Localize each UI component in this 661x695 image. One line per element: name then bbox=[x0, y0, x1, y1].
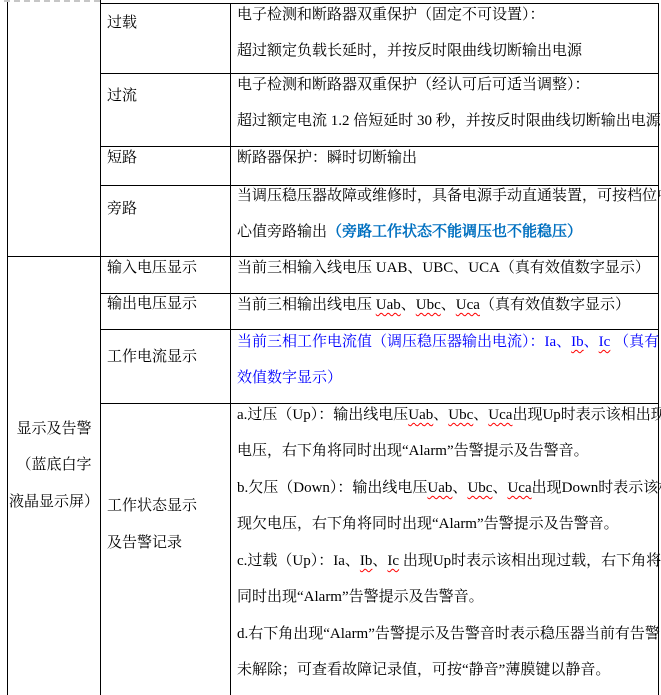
status-item-d-line2: 未解除；可查看故障记录值，可按“静音”薄膜键以静音。 bbox=[237, 662, 610, 679]
row-divider-overcurrent-short bbox=[100, 146, 659, 147]
status-item-b-line1: b.欠压（Down）：输出线电压Uab、Ubc、Uca出现Down时表示该相出 bbox=[237, 480, 661, 497]
document-page: 显示及告警 （蓝底白字 液晶显示屏） 过载 过流 短路 旁路 输入电压显示 输出… bbox=[0, 0, 661, 695]
table-border-left bbox=[7, 2, 8, 695]
row-divider-vin-vout bbox=[100, 293, 659, 294]
col1-display-alarm-label: （蓝底白字 bbox=[8, 457, 100, 474]
row-label-output-voltage: 输出电压显示 bbox=[107, 296, 197, 313]
short-circuit-desc: 断路器保护：瞬时切断输出 bbox=[237, 150, 417, 167]
table-top-dashed-gridline bbox=[4, 0, 100, 2]
row-label-bypass: 旁路 bbox=[107, 201, 137, 218]
col1-display-alarm-label: 液晶显示屏） bbox=[8, 494, 100, 511]
row-label-working-current: 工作电流显示 bbox=[107, 349, 197, 366]
col1-display-alarm-label: 显示及告警 bbox=[8, 421, 100, 438]
row-divider-bypass-vin bbox=[7, 256, 659, 257]
row-label-overcurrent: 过流 bbox=[107, 88, 137, 105]
bypass-desc-line1: 当调压稳压器故障或维修时，具备电源手动直通装置，可按档位中 bbox=[237, 188, 661, 205]
output-voltage-desc: 当前三相输出线电压 Uab、Ubc、Uca（真有效值数字显示） bbox=[237, 297, 630, 314]
overload-desc-line2: 超过额定负载长延时，并按反时限曲线切断输出电源 bbox=[237, 43, 582, 60]
overcurrent-desc-line2: 超过额定电流 1.2 倍短延时 30 秒，并按反时限曲线切断输出电源 bbox=[237, 113, 661, 130]
status-item-b-line2: 现欠电压，右下角将同时出现“Alarm”告警提示及告警音。 bbox=[237, 516, 619, 533]
row-label-input-voltage: 输入电压显示 bbox=[107, 260, 197, 277]
bypass-desc-line2: 心值旁路输出（旁路工作状态不能调压也不能稳压） bbox=[237, 224, 582, 241]
row-divider-overload-overcurrent bbox=[100, 73, 659, 74]
row-divider-vout-current bbox=[100, 329, 659, 330]
input-voltage-desc: 当前三相输入线电压 UAB、UBC、UCA（真有效值数字显示） bbox=[237, 260, 650, 277]
overload-desc-line1: 电子检测和断路器双重保护（固定不可设置）： bbox=[237, 7, 545, 24]
status-item-d-line1: d.右下角出现“Alarm”告警提示及告警音时表示稳压器当前有告警 bbox=[237, 626, 660, 643]
row-label-overload: 过载 bbox=[107, 15, 137, 32]
status-item-c-line1: c.过载（Up）：Ia、Ib、Ic 出现Up时表示该相出现过载，右下角将 bbox=[237, 553, 661, 570]
table-border-col2-col3 bbox=[230, 3, 231, 695]
row-divider-short-bypass bbox=[100, 185, 659, 186]
row-label-short-circuit: 短路 bbox=[107, 150, 137, 167]
status-item-c-line2: 同时出现“Alarm”告警提示及告警音。 bbox=[237, 589, 484, 606]
working-current-desc-line1: 当前三相工作电流值（调压稳压器输出电流）：Ia、Ib、Ic （真有 bbox=[237, 334, 659, 351]
bypass-warning-note: （旁路工作状态不能调压也不能稳压） bbox=[327, 224, 582, 240]
table-border-top bbox=[100, 3, 659, 4]
row-divider-current-status bbox=[100, 403, 659, 404]
table-border-col1-col2 bbox=[100, 0, 101, 695]
status-item-a-line1: a.过压（Up）：输出线电压Uab、Ubc、Uca出现Up时表示该相出现过 bbox=[237, 407, 661, 424]
working-current-desc-line2: 效值数字显示） bbox=[237, 370, 342, 387]
status-item-a-line2: 电压，右下角将同时出现“Alarm”告警提示及告警音。 bbox=[237, 443, 589, 460]
overcurrent-desc-line1: 电子检测和断路器双重保护（经认可后可适当调整）： bbox=[237, 77, 590, 94]
row-label-alarm-record: 及告警记录 bbox=[107, 535, 182, 552]
row-label-working-status: 工作状态显示 bbox=[107, 498, 197, 515]
